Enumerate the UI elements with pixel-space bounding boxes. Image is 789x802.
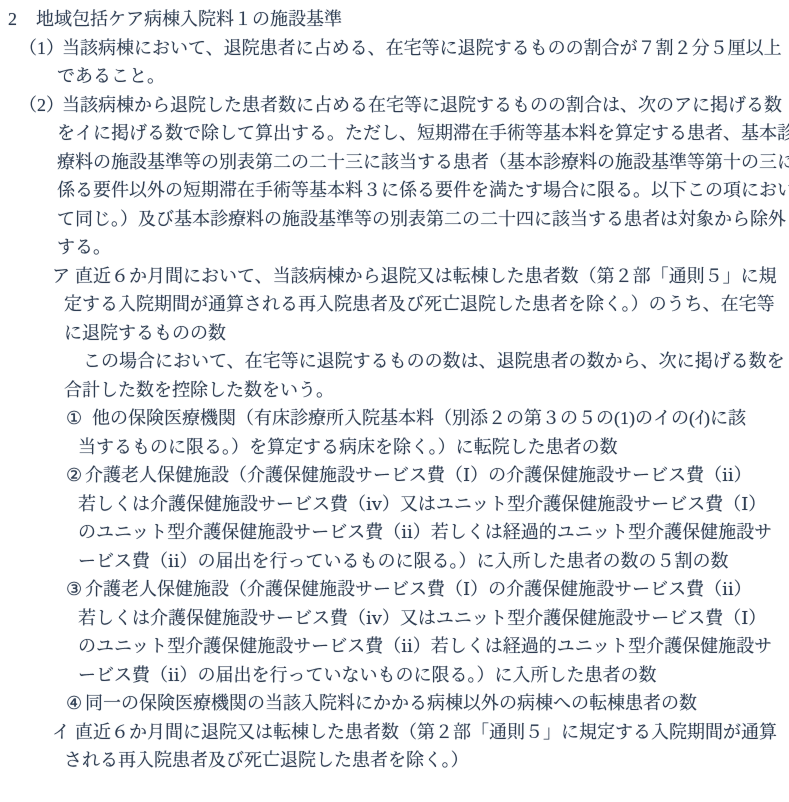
point-1-marker: ① xyxy=(66,404,92,433)
item-1: （1）当該病棟において、退院患者に占める、在宅等に退院するものの割合が７割２分５… xyxy=(0,34,789,91)
text-line: される再入院患者及び死亡退院した患者を除く。） xyxy=(0,746,789,775)
text-line: 当するものに限る。）を算定する病床を除く。）に転院した患者の数 xyxy=(0,433,789,462)
text-line-row: ③介護老人保健施設（介護保健施設サービス費（Ⅰ）の介護保健施設サービス費（ⅱ） xyxy=(0,575,789,604)
text-line: 直近６か月間に退院又は転棟した患者数（第２部「通則５」に規定する入院期間が通算 xyxy=(75,722,777,742)
numbered-point-1: ①他の保険医療機関（有床診療所入院基本料（別添２の第３の５の(1)のイの(ｲ)に… xyxy=(0,404,789,461)
text-line: 若しくは介護保健施設サービス費（ⅳ）又はユニット型介護保健施設サービス費（Ⅰ） xyxy=(0,604,789,633)
document-page: 2地域包括ケア病棟入院料１の施設基準 （1）当該病棟において、退院患者に占める、… xyxy=(0,0,789,802)
text-line-row: ア直近６か月間において、当該病棟から退院又は転棟した患者数（第２部「通則５」に規 xyxy=(0,262,789,291)
text-line: のユニット型介護保健施設サービス費（ⅱ）若しくは経過的ユニット型介護保健施設サ xyxy=(0,518,789,547)
text-line: のユニット型介護保健施設サービス費（ⅱ）若しくは経過的ユニット型介護保健施設サ xyxy=(0,632,789,661)
text-line: 当該病棟から退院した患者数に占める在宅等に退院するものの割合は、次のアに掲げる数 xyxy=(62,95,782,115)
sub-item-a: ア直近６か月間において、当該病棟から退院又は転棟した患者数（第２部「通則５」に規… xyxy=(0,262,789,718)
text-line-row: ④同一の保険医療機関の当該入院料にかかる病棟以外の病棟への転棟患者の数 xyxy=(0,689,789,718)
item-2-marker: （2） xyxy=(19,91,62,120)
text-line: 介護老人保健施設（介護保健施設サービス費（Ⅰ）の介護保健施設サービス費（ⅱ） xyxy=(85,579,752,599)
text-line: 係る要件以外の短期滞在手術等基本料３に係る要件を満たす場合に限る。以下この項にお… xyxy=(0,176,789,205)
numbered-point-2: ②介護老人保健施設（介護保健施設サービス費（Ⅰ）の介護保健施設サービス費（ⅱ） … xyxy=(0,461,789,575)
text-line-row: ①他の保険医療機関（有床診療所入院基本料（別添２の第３の５の(1)のイの(ｲ)に… xyxy=(0,404,789,433)
text-line-row: （2）当該病棟から退院した患者数に占める在宅等に退院するものの割合は、次のアに掲… xyxy=(0,91,789,120)
text-line: 直近６か月間において、当該病棟から退院又は転棟した患者数（第２部「通則５」に規 xyxy=(75,266,777,286)
sub-item-i-marker: イ xyxy=(52,718,75,747)
point-3-marker: ③ xyxy=(66,575,85,604)
text-line: 療料の施設基準等の別表第二の二十三に該当する患者（基本診療料の施設基準等第十の三… xyxy=(0,148,789,177)
text-line-row: イ直近６か月間に退院又は転棟した患者数（第２部「通則５」に規定する入院期間が通算 xyxy=(0,718,789,747)
item-2: （2）当該病棟から退院した患者数に占める在宅等に退院するものの割合は、次のアに掲… xyxy=(0,91,789,775)
text-line: 若しくは介護保健施設サービス費（ⅳ）又はユニット型介護保健施設サービス費（Ⅰ） xyxy=(0,490,789,519)
text-line: 定する入院期間が通算される再入院患者及び死亡退院した患者を除く。）のうち、在宅等 xyxy=(0,290,789,319)
text-line: 当該病棟において、退院患者に占める、在宅等に退院するものの割合が７割２分５厘以上 xyxy=(62,38,782,58)
text-line: に退院するものの数 xyxy=(0,319,789,348)
section-number: 2 xyxy=(8,5,36,34)
text-line: 他の保険医療機関（有床診療所入院基本料（別添２の第３の５の(1)のイの(ｲ)に該 xyxy=(92,408,746,428)
numbered-point-4: ④同一の保険医療機関の当該入院料にかかる病棟以外の病棟への転棟患者の数 xyxy=(0,689,789,718)
text-line: て同じ。）及び基本診療料の施設基準等の別表第二の二十四に該当する患者は対象から除… xyxy=(0,205,789,234)
text-line: する。 xyxy=(0,233,789,262)
text-line: ービス費（ⅱ）の届出を行っているものに限る。）に入所した患者の数の５割の数 xyxy=(0,547,789,576)
section-title: 地域包括ケア病棟入院料１の施設基準 xyxy=(36,9,342,29)
text-line: であること。 xyxy=(0,62,789,91)
section-heading: 2地域包括ケア病棟入院料１の施設基準 xyxy=(0,5,789,34)
text-line: この場合において、在宅等に退院するものの数は、退院患者の数から、次に掲げる数を xyxy=(0,347,789,376)
text-line: ービス費（ⅱ）の届出を行っていないものに限る。）に入所した患者の数 xyxy=(0,661,789,690)
point-4-marker: ④ xyxy=(66,689,85,718)
item-1-marker: （1） xyxy=(19,34,62,63)
numbered-point-3: ③介護老人保健施設（介護保健施設サービス費（Ⅰ）の介護保健施設サービス費（ⅱ） … xyxy=(0,575,789,689)
sub-item-i: イ直近６か月間に退院又は転棟した患者数（第２部「通則５」に規定する入院期間が通算… xyxy=(0,718,789,775)
point-2-marker: ② xyxy=(66,461,85,490)
text-line: 介護老人保健施設（介護保健施設サービス費（Ⅰ）の介護保健施設サービス費（ⅱ） xyxy=(85,465,752,485)
sub-item-a-marker: ア xyxy=(52,262,75,291)
text-line-row: （1）当該病棟において、退院患者に占める、在宅等に退院するものの割合が７割２分５… xyxy=(0,34,789,63)
text-line: をイに掲げる数で除して算出する。ただし、短期滞在手術等基本料を算定する患者、基本… xyxy=(0,119,789,148)
text-line: 同一の保険医療機関の当該入院料にかかる病棟以外の病棟への転棟患者の数 xyxy=(85,693,697,713)
text-line: 合計した数を控除した数をいう。 xyxy=(0,376,789,405)
text-line-row: ②介護老人保健施設（介護保健施設サービス費（Ⅰ）の介護保健施設サービス費（ⅱ） xyxy=(0,461,789,490)
note-paragraph: この場合において、在宅等に退院するものの数は、退院患者の数から、次に掲げる数を … xyxy=(0,347,789,404)
